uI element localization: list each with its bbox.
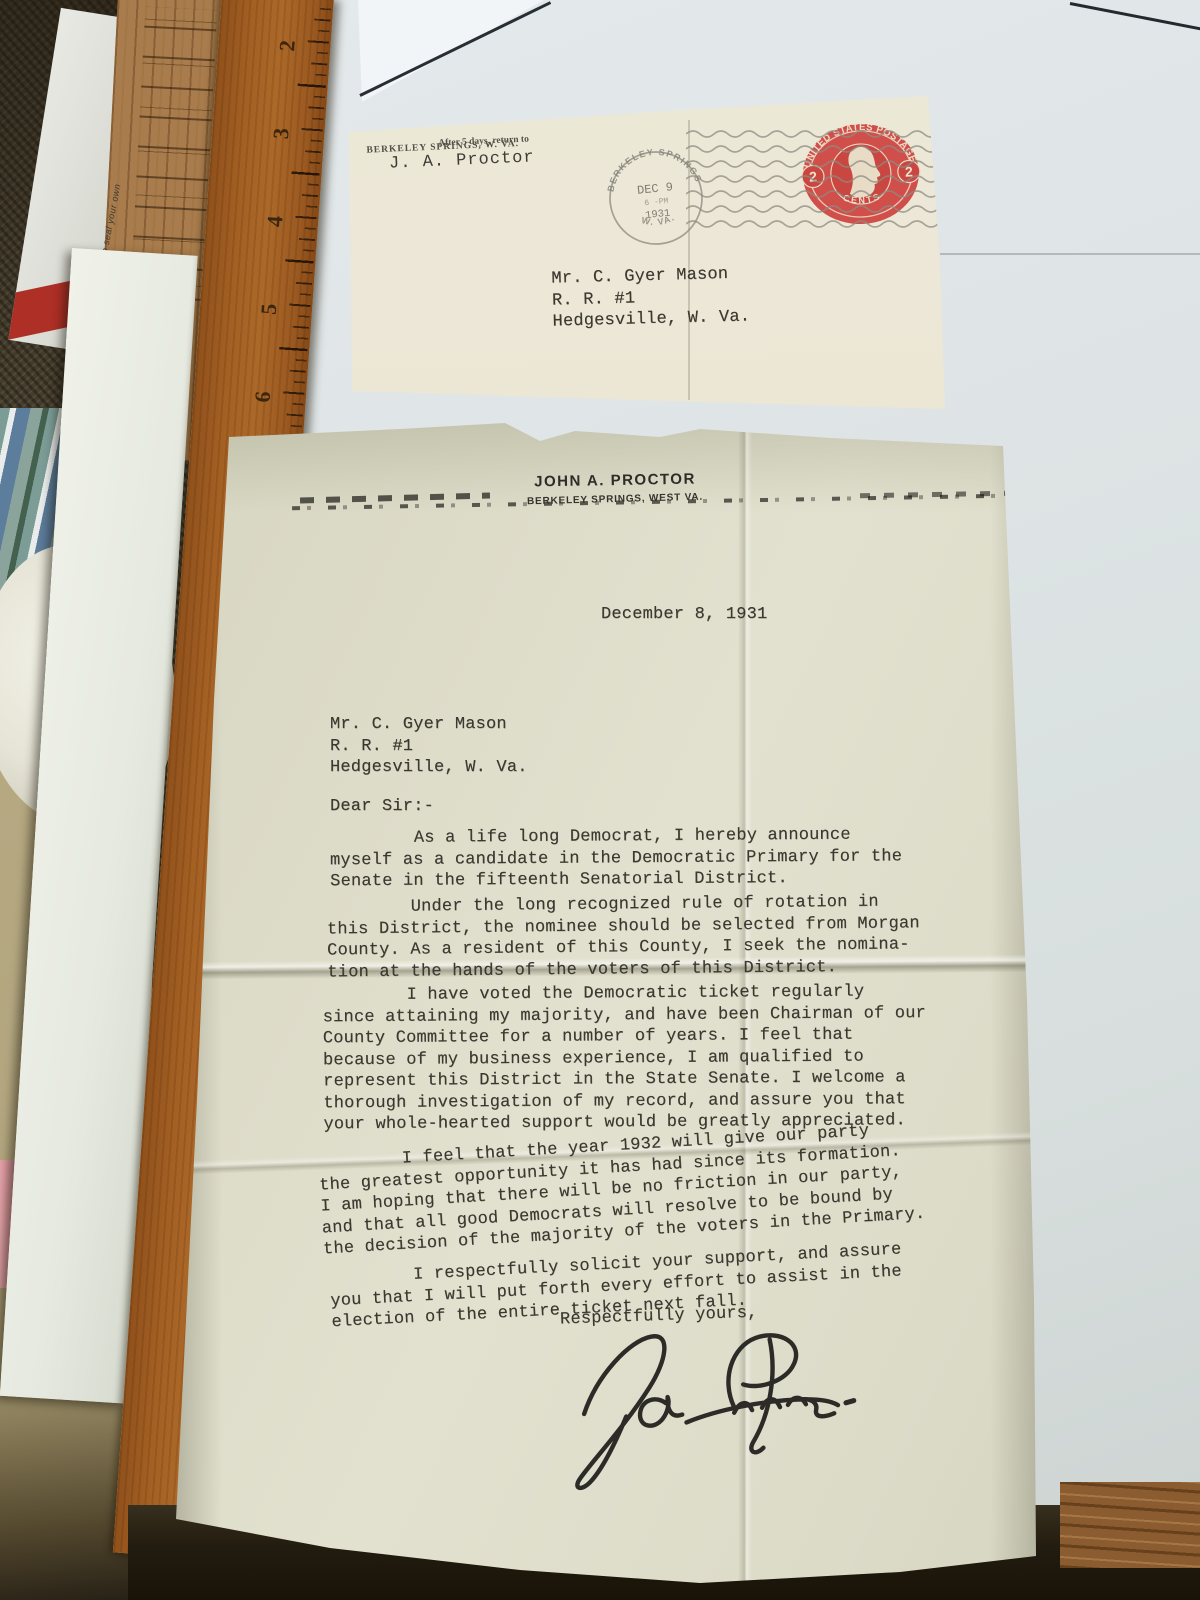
letter-paragraph-1: As a life long Democrat, I hereby announ… xyxy=(330,824,990,893)
table-wood-edge xyxy=(1060,1482,1200,1568)
envelope-address: Mr. C. Gyer Mason R. R. #1 Hedgesville, … xyxy=(551,263,750,333)
ruler-number-6: 6 xyxy=(251,385,274,408)
return-address-block: After 5 days, return to J. A. Proctor BE… xyxy=(366,130,626,141)
letter-paragraph-2: Under the long recognized rule of rotati… xyxy=(327,891,988,984)
ruler-number-3: 3 xyxy=(270,122,293,145)
postmark-date: DEC 9 xyxy=(636,180,673,198)
cancellation-wavy-lines xyxy=(686,126,954,236)
ruler-number-2: 2 xyxy=(276,34,299,57)
letter-recipient: Mr. C. Gyer Mason R. R. #1 Hedgesville, … xyxy=(330,714,528,779)
letter-date: December 8, 1931 xyxy=(601,604,767,626)
letter-salutation: Dear Sir:- xyxy=(330,796,434,818)
photo-of-letter-and-envelope: Here is how to seal your own 2 3 4 5 6 A… xyxy=(0,0,1200,1600)
posterboard-seam xyxy=(940,253,1200,255)
letter-paragraph-3: I have voted the Democratic ticket regul… xyxy=(322,981,983,1136)
postmark-time: 6 -PM xyxy=(644,197,669,208)
ruler-number-5: 5 xyxy=(257,297,280,320)
signature-ja-proctor xyxy=(535,1312,861,1503)
return-dotted-line-1: J. A. Proctor xyxy=(367,158,368,174)
letter-paragraph-4: I feel that the year 1932 will give our … xyxy=(317,1115,982,1261)
ruler-number-4: 4 xyxy=(263,210,286,233)
